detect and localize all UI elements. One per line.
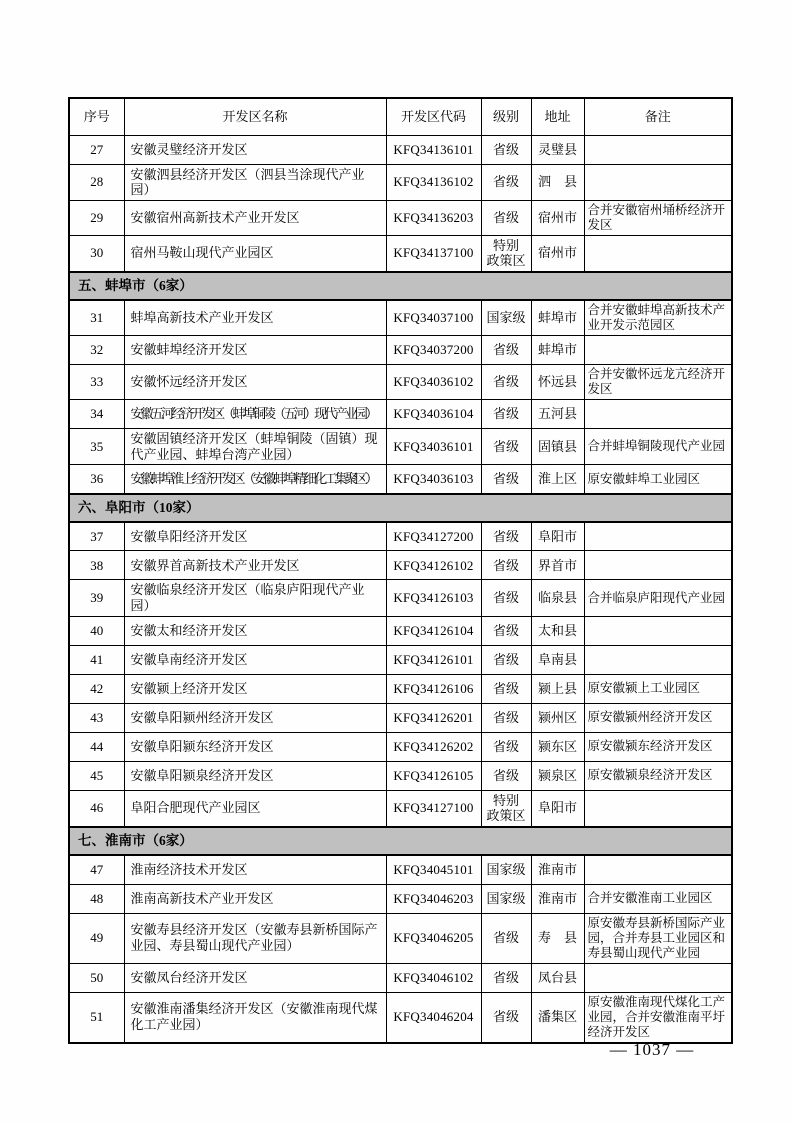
cell-name: 安徽灵璧经济开发区 bbox=[124, 135, 386, 164]
cell-code: KFQ34045101 bbox=[386, 855, 481, 884]
cell-remark bbox=[584, 336, 732, 365]
cell-level: 省级 bbox=[481, 400, 531, 429]
cell-level: 省级 bbox=[481, 465, 531, 494]
cell-address: 蚌埠市 bbox=[531, 300, 584, 336]
cell-serial: 43 bbox=[69, 703, 124, 732]
cell-level: 特别政策区 bbox=[481, 235, 531, 272]
cell-name: 安徽寿县经济开发区（安徽寿县新桥国际产业园、寿县蜀山现代产业园） bbox=[124, 913, 386, 963]
cell-level: 省级 bbox=[481, 703, 531, 732]
cell-level: 省级 bbox=[481, 200, 531, 235]
table-row: 36安徽蚌埠淮上经济开发区（安徽蚌埠精细化工集聚区）KFQ34036103省级淮… bbox=[69, 465, 732, 494]
table-row: 27安徽灵璧经济开发区KFQ34136101省级灵璧县 bbox=[69, 135, 732, 164]
cell-level: 省级 bbox=[481, 551, 531, 580]
cell-address: 蚌埠市 bbox=[531, 336, 584, 365]
cell-name: 安徽阜阳颍泉经济开发区 bbox=[124, 761, 386, 790]
document-page: 序号 开发区名称 开发区代码 级别 地址 备注 27安徽灵璧经济开发区KFQ34… bbox=[0, 0, 793, 1122]
cell-code: KFQ34036102 bbox=[386, 365, 481, 400]
cell-name: 安徽宿州高新技术产业开发区 bbox=[124, 200, 386, 235]
table-row: 33安徽怀远经济开发区KFQ34036102省级怀远县合并安徽怀远龙亢经济开发区 bbox=[69, 365, 732, 400]
cell-address: 潘集区 bbox=[531, 992, 584, 1043]
table-row: 30宿州马鞍山现代产业园区KFQ34137100特别政策区宿州市 bbox=[69, 235, 732, 272]
cell-level: 省级 bbox=[481, 336, 531, 365]
col-header-remark: 备注 bbox=[584, 98, 732, 135]
cell-name: 宿州马鞍山现代产业园区 bbox=[124, 235, 386, 272]
cell-remark: 合并安徽蚌埠高新技术产业开发示范园区 bbox=[584, 300, 732, 336]
cell-level: 国家级 bbox=[481, 855, 531, 884]
cell-address: 怀远县 bbox=[531, 365, 584, 400]
cell-level: 省级 bbox=[481, 761, 531, 790]
table-row: 41安徽阜南经济开发区KFQ34126101省级阜南县 bbox=[69, 645, 732, 674]
table-row: 37安徽阜阳经济开发区KFQ34127200省级阜阳市 bbox=[69, 522, 732, 551]
cell-level: 省级 bbox=[481, 913, 531, 963]
cell-code: KFQ34046203 bbox=[386, 884, 481, 913]
cell-address: 固镇县 bbox=[531, 429, 584, 465]
table-row: 45安徽阜阳颍泉经济开发区KFQ34126105省级颍泉区原安徽颍泉经济开发区 bbox=[69, 761, 732, 790]
cell-serial: 38 bbox=[69, 551, 124, 580]
cell-remark bbox=[584, 616, 732, 645]
cell-name: 淮南高新技术产业开发区 bbox=[124, 884, 386, 913]
cell-address: 阜阳市 bbox=[531, 790, 584, 827]
cell-name: 安徽太和经济开发区 bbox=[124, 616, 386, 645]
cell-serial: 49 bbox=[69, 913, 124, 963]
cell-name: 安徽临泉经济开发区（临泉庐阳现代产业园） bbox=[124, 580, 386, 616]
section-title: 七、淮南市（6家） bbox=[69, 827, 732, 855]
cell-remark bbox=[584, 522, 732, 551]
table-row: 44安徽阜阳颍东经济开发区KFQ34126202省级颍东区原安徽颍东经济开发区 bbox=[69, 732, 732, 761]
cell-address: 颍上县 bbox=[531, 674, 584, 703]
cell-name: 安徽阜阳颍东经济开发区 bbox=[124, 732, 386, 761]
cell-level: 国家级 bbox=[481, 300, 531, 336]
col-header-address: 地址 bbox=[531, 98, 584, 135]
cell-code: KFQ34126101 bbox=[386, 645, 481, 674]
cell-code: KFQ34136102 bbox=[386, 164, 481, 200]
cell-name: 安徽阜阳颍州经济开发区 bbox=[124, 703, 386, 732]
section-header-row: 七、淮南市（6家） bbox=[69, 827, 732, 855]
cell-code: KFQ34046205 bbox=[386, 913, 481, 963]
cell-level: 省级 bbox=[481, 992, 531, 1043]
cell-address: 泗 县 bbox=[531, 164, 584, 200]
cell-serial: 47 bbox=[69, 855, 124, 884]
section-title: 五、蚌埠市（6家） bbox=[69, 272, 732, 300]
cell-serial: 36 bbox=[69, 465, 124, 494]
cell-remark: 合并安徽淮南工业园区 bbox=[584, 884, 732, 913]
cell-level: 省级 bbox=[481, 674, 531, 703]
cell-address: 凤台县 bbox=[531, 963, 584, 992]
cell-remark: 原安徽蚌埠工业园区 bbox=[584, 465, 732, 494]
cell-name: 安徽颍上经济开发区 bbox=[124, 674, 386, 703]
table-row: 42安徽颍上经济开发区KFQ34126106省级颍上县原安徽颍上工业园区 bbox=[69, 674, 732, 703]
cell-remark: 合并安徽宿州埇桥经济开发区 bbox=[584, 200, 732, 235]
cell-serial: 50 bbox=[69, 963, 124, 992]
cell-code: KFQ34037100 bbox=[386, 300, 481, 336]
cell-serial: 45 bbox=[69, 761, 124, 790]
cell-serial: 41 bbox=[69, 645, 124, 674]
table-header-row: 序号 开发区名称 开发区代码 级别 地址 备注 bbox=[69, 98, 732, 135]
cell-address: 阜南县 bbox=[531, 645, 584, 674]
cell-code: KFQ34036101 bbox=[386, 429, 481, 465]
cell-level: 省级 bbox=[481, 429, 531, 465]
cell-remark: 合并蚌埠铜陵现代产业园 bbox=[584, 429, 732, 465]
cell-remark bbox=[584, 400, 732, 429]
page-number: — 1037 — bbox=[594, 1040, 710, 1060]
cell-serial: 46 bbox=[69, 790, 124, 827]
cell-remark: 原安徽颍上工业园区 bbox=[584, 674, 732, 703]
table-row: 49安徽寿县经济开发区（安徽寿县新桥国际产业园、寿县蜀山现代产业园）KFQ340… bbox=[69, 913, 732, 963]
cell-code: KFQ34126102 bbox=[386, 551, 481, 580]
table-row: 46阜阳合肥现代产业园区KFQ34127100特别政策区阜阳市 bbox=[69, 790, 732, 827]
cell-level: 省级 bbox=[481, 645, 531, 674]
cell-level: 省级 bbox=[481, 164, 531, 200]
cell-address: 寿 县 bbox=[531, 913, 584, 963]
cell-code: KFQ34037200 bbox=[386, 336, 481, 365]
cell-level: 省级 bbox=[481, 135, 531, 164]
cell-level: 省级 bbox=[481, 365, 531, 400]
cell-remark bbox=[584, 790, 732, 827]
cell-address: 淮南市 bbox=[531, 884, 584, 913]
cell-level: 特别政策区 bbox=[481, 790, 531, 827]
cell-name: 安徽凤台经济开发区 bbox=[124, 963, 386, 992]
table-row: 39安徽临泉经济开发区（临泉庐阳现代产业园）KFQ34126103省级临泉县合并… bbox=[69, 580, 732, 616]
cell-name: 淮南经济技术开发区 bbox=[124, 855, 386, 884]
cell-serial: 40 bbox=[69, 616, 124, 645]
cell-remark: 原安徽颍东经济开发区 bbox=[584, 732, 732, 761]
cell-remark: 原安徽颍州经济开发区 bbox=[584, 703, 732, 732]
table-row: 40安徽太和经济开发区KFQ34126104省级太和县 bbox=[69, 616, 732, 645]
cell-code: KFQ34136203 bbox=[386, 200, 481, 235]
cell-remark bbox=[584, 645, 732, 674]
cell-code: KFQ34127100 bbox=[386, 790, 481, 827]
cell-address: 太和县 bbox=[531, 616, 584, 645]
cell-name: 安徽五河经济开发区（蚌埠铜陵（五河）现代产业园） bbox=[124, 400, 386, 429]
cell-code: KFQ34046102 bbox=[386, 963, 481, 992]
cell-address: 淮南市 bbox=[531, 855, 584, 884]
cell-remark bbox=[584, 135, 732, 164]
cell-remark: 合并安徽怀远龙亢经济开发区 bbox=[584, 365, 732, 400]
section-header-row: 六、阜阳市（10家） bbox=[69, 494, 732, 522]
cell-address: 阜阳市 bbox=[531, 522, 584, 551]
cell-remark bbox=[584, 963, 732, 992]
cell-remark: 原安徽淮南现代煤化工产业园，合并安徽淮南平圩经济开发区 bbox=[584, 992, 732, 1043]
cell-address: 临泉县 bbox=[531, 580, 584, 616]
cell-name: 安徽阜阳经济开发区 bbox=[124, 522, 386, 551]
cell-code: KFQ34127200 bbox=[386, 522, 481, 551]
cell-serial: 35 bbox=[69, 429, 124, 465]
cell-serial: 37 bbox=[69, 522, 124, 551]
cell-name: 安徽界首高新技术产业开发区 bbox=[124, 551, 386, 580]
cell-code: KFQ34126106 bbox=[386, 674, 481, 703]
cell-address: 颍泉区 bbox=[531, 761, 584, 790]
cell-level: 省级 bbox=[481, 580, 531, 616]
cell-remark bbox=[584, 855, 732, 884]
cell-address: 界首市 bbox=[531, 551, 584, 580]
cell-remark: 原安徽寿县新桥国际产业园，合并寿县工业园区和寿县蜀山现代产业园 bbox=[584, 913, 732, 963]
cell-serial: 51 bbox=[69, 992, 124, 1043]
col-header-code: 开发区代码 bbox=[386, 98, 481, 135]
col-header-level: 级别 bbox=[481, 98, 531, 135]
cell-code: KFQ34126105 bbox=[386, 761, 481, 790]
cell-remark: 原安徽颍泉经济开发区 bbox=[584, 761, 732, 790]
cell-serial: 33 bbox=[69, 365, 124, 400]
dev-zone-table: 序号 开发区名称 开发区代码 级别 地址 备注 27安徽灵璧经济开发区KFQ34… bbox=[68, 97, 733, 1044]
cell-serial: 30 bbox=[69, 235, 124, 272]
cell-name: 蚌埠高新技术产业开发区 bbox=[124, 300, 386, 336]
cell-name: 安徽阜南经济开发区 bbox=[124, 645, 386, 674]
section-title: 六、阜阳市（10家） bbox=[69, 494, 732, 522]
table-row: 31蚌埠高新技术产业开发区KFQ34037100国家级蚌埠市合并安徽蚌埠高新技术… bbox=[69, 300, 732, 336]
table-body: 27安徽灵璧经济开发区KFQ34136101省级灵璧县28安徽泗县经济开发区（泗… bbox=[69, 135, 732, 1043]
cell-serial: 31 bbox=[69, 300, 124, 336]
cell-address: 宿州市 bbox=[531, 200, 584, 235]
table-row: 38安徽界首高新技术产业开发区KFQ34126102省级界首市 bbox=[69, 551, 732, 580]
cell-serial: 42 bbox=[69, 674, 124, 703]
cell-address: 宿州市 bbox=[531, 235, 584, 272]
cell-code: KFQ34126201 bbox=[386, 703, 481, 732]
cell-level: 省级 bbox=[481, 963, 531, 992]
col-header-name: 开发区名称 bbox=[124, 98, 386, 135]
cell-code: KFQ34137100 bbox=[386, 235, 481, 272]
cell-serial: 34 bbox=[69, 400, 124, 429]
cell-remark bbox=[584, 235, 732, 272]
cell-serial: 28 bbox=[69, 164, 124, 200]
cell-address: 颍州区 bbox=[531, 703, 584, 732]
cell-remark: 合并临泉庐阳现代产业园 bbox=[584, 580, 732, 616]
cell-serial: 29 bbox=[69, 200, 124, 235]
cell-code: KFQ34126202 bbox=[386, 732, 481, 761]
cell-code: KFQ34136101 bbox=[386, 135, 481, 164]
cell-serial: 48 bbox=[69, 884, 124, 913]
col-header-serial: 序号 bbox=[69, 98, 124, 135]
cell-remark bbox=[584, 164, 732, 200]
cell-address: 颍东区 bbox=[531, 732, 584, 761]
cell-name: 安徽怀远经济开发区 bbox=[124, 365, 386, 400]
table-row: 48淮南高新技术产业开发区KFQ34046203国家级淮南市合并安徽淮南工业园区 bbox=[69, 884, 732, 913]
cell-name: 阜阳合肥现代产业园区 bbox=[124, 790, 386, 827]
table-row: 47淮南经济技术开发区KFQ34045101国家级淮南市 bbox=[69, 855, 732, 884]
cell-remark bbox=[584, 551, 732, 580]
cell-name: 安徽泗县经济开发区（泗县当涂现代产业园） bbox=[124, 164, 386, 200]
cell-serial: 39 bbox=[69, 580, 124, 616]
cell-name: 安徽固镇经济开发区（蚌埠铜陵（固镇）现代产业园、蚌埠台湾产业园） bbox=[124, 429, 386, 465]
table-row: 35安徽固镇经济开发区（蚌埠铜陵（固镇）现代产业园、蚌埠台湾产业园）KFQ340… bbox=[69, 429, 732, 465]
table-row: 28安徽泗县经济开发区（泗县当涂现代产业园）KFQ34136102省级泗 县 bbox=[69, 164, 732, 200]
table-row: 51安徽淮南潘集经济开发区（安徽淮南现代煤化工产业园）KFQ34046204省级… bbox=[69, 992, 732, 1043]
table-row: 29安徽宿州高新技术产业开发区KFQ34136203省级宿州市合并安徽宿州埇桥经… bbox=[69, 200, 732, 235]
table-row: 34安徽五河经济开发区（蚌埠铜陵（五河）现代产业园）KFQ34036104省级五… bbox=[69, 400, 732, 429]
table-row: 43安徽阜阳颍州经济开发区KFQ34126201省级颍州区原安徽颍州经济开发区 bbox=[69, 703, 732, 732]
table-row: 32安徽蚌埠经济开发区KFQ34037200省级蚌埠市 bbox=[69, 336, 732, 365]
cell-level: 国家级 bbox=[481, 884, 531, 913]
table-row: 50安徽凤台经济开发区KFQ34046102省级凤台县 bbox=[69, 963, 732, 992]
cell-level: 省级 bbox=[481, 522, 531, 551]
cell-code: KFQ34036104 bbox=[386, 400, 481, 429]
cell-code: KFQ34046204 bbox=[386, 992, 481, 1043]
cell-serial: 32 bbox=[69, 336, 124, 365]
cell-level: 省级 bbox=[481, 732, 531, 761]
cell-address: 淮上区 bbox=[531, 465, 584, 494]
cell-code: KFQ34126104 bbox=[386, 616, 481, 645]
cell-address: 五河县 bbox=[531, 400, 584, 429]
cell-code: KFQ34126103 bbox=[386, 580, 481, 616]
section-header-row: 五、蚌埠市（6家） bbox=[69, 272, 732, 300]
cell-serial: 27 bbox=[69, 135, 124, 164]
cell-name: 安徽淮南潘集经济开发区（安徽淮南现代煤化工产业园） bbox=[124, 992, 386, 1043]
cell-name: 安徽蚌埠淮上经济开发区（安徽蚌埠精细化工集聚区） bbox=[124, 465, 386, 494]
cell-serial: 44 bbox=[69, 732, 124, 761]
cell-code: KFQ34036103 bbox=[386, 465, 481, 494]
cell-name: 安徽蚌埠经济开发区 bbox=[124, 336, 386, 365]
cell-level: 省级 bbox=[481, 616, 531, 645]
cell-address: 灵璧县 bbox=[531, 135, 584, 164]
